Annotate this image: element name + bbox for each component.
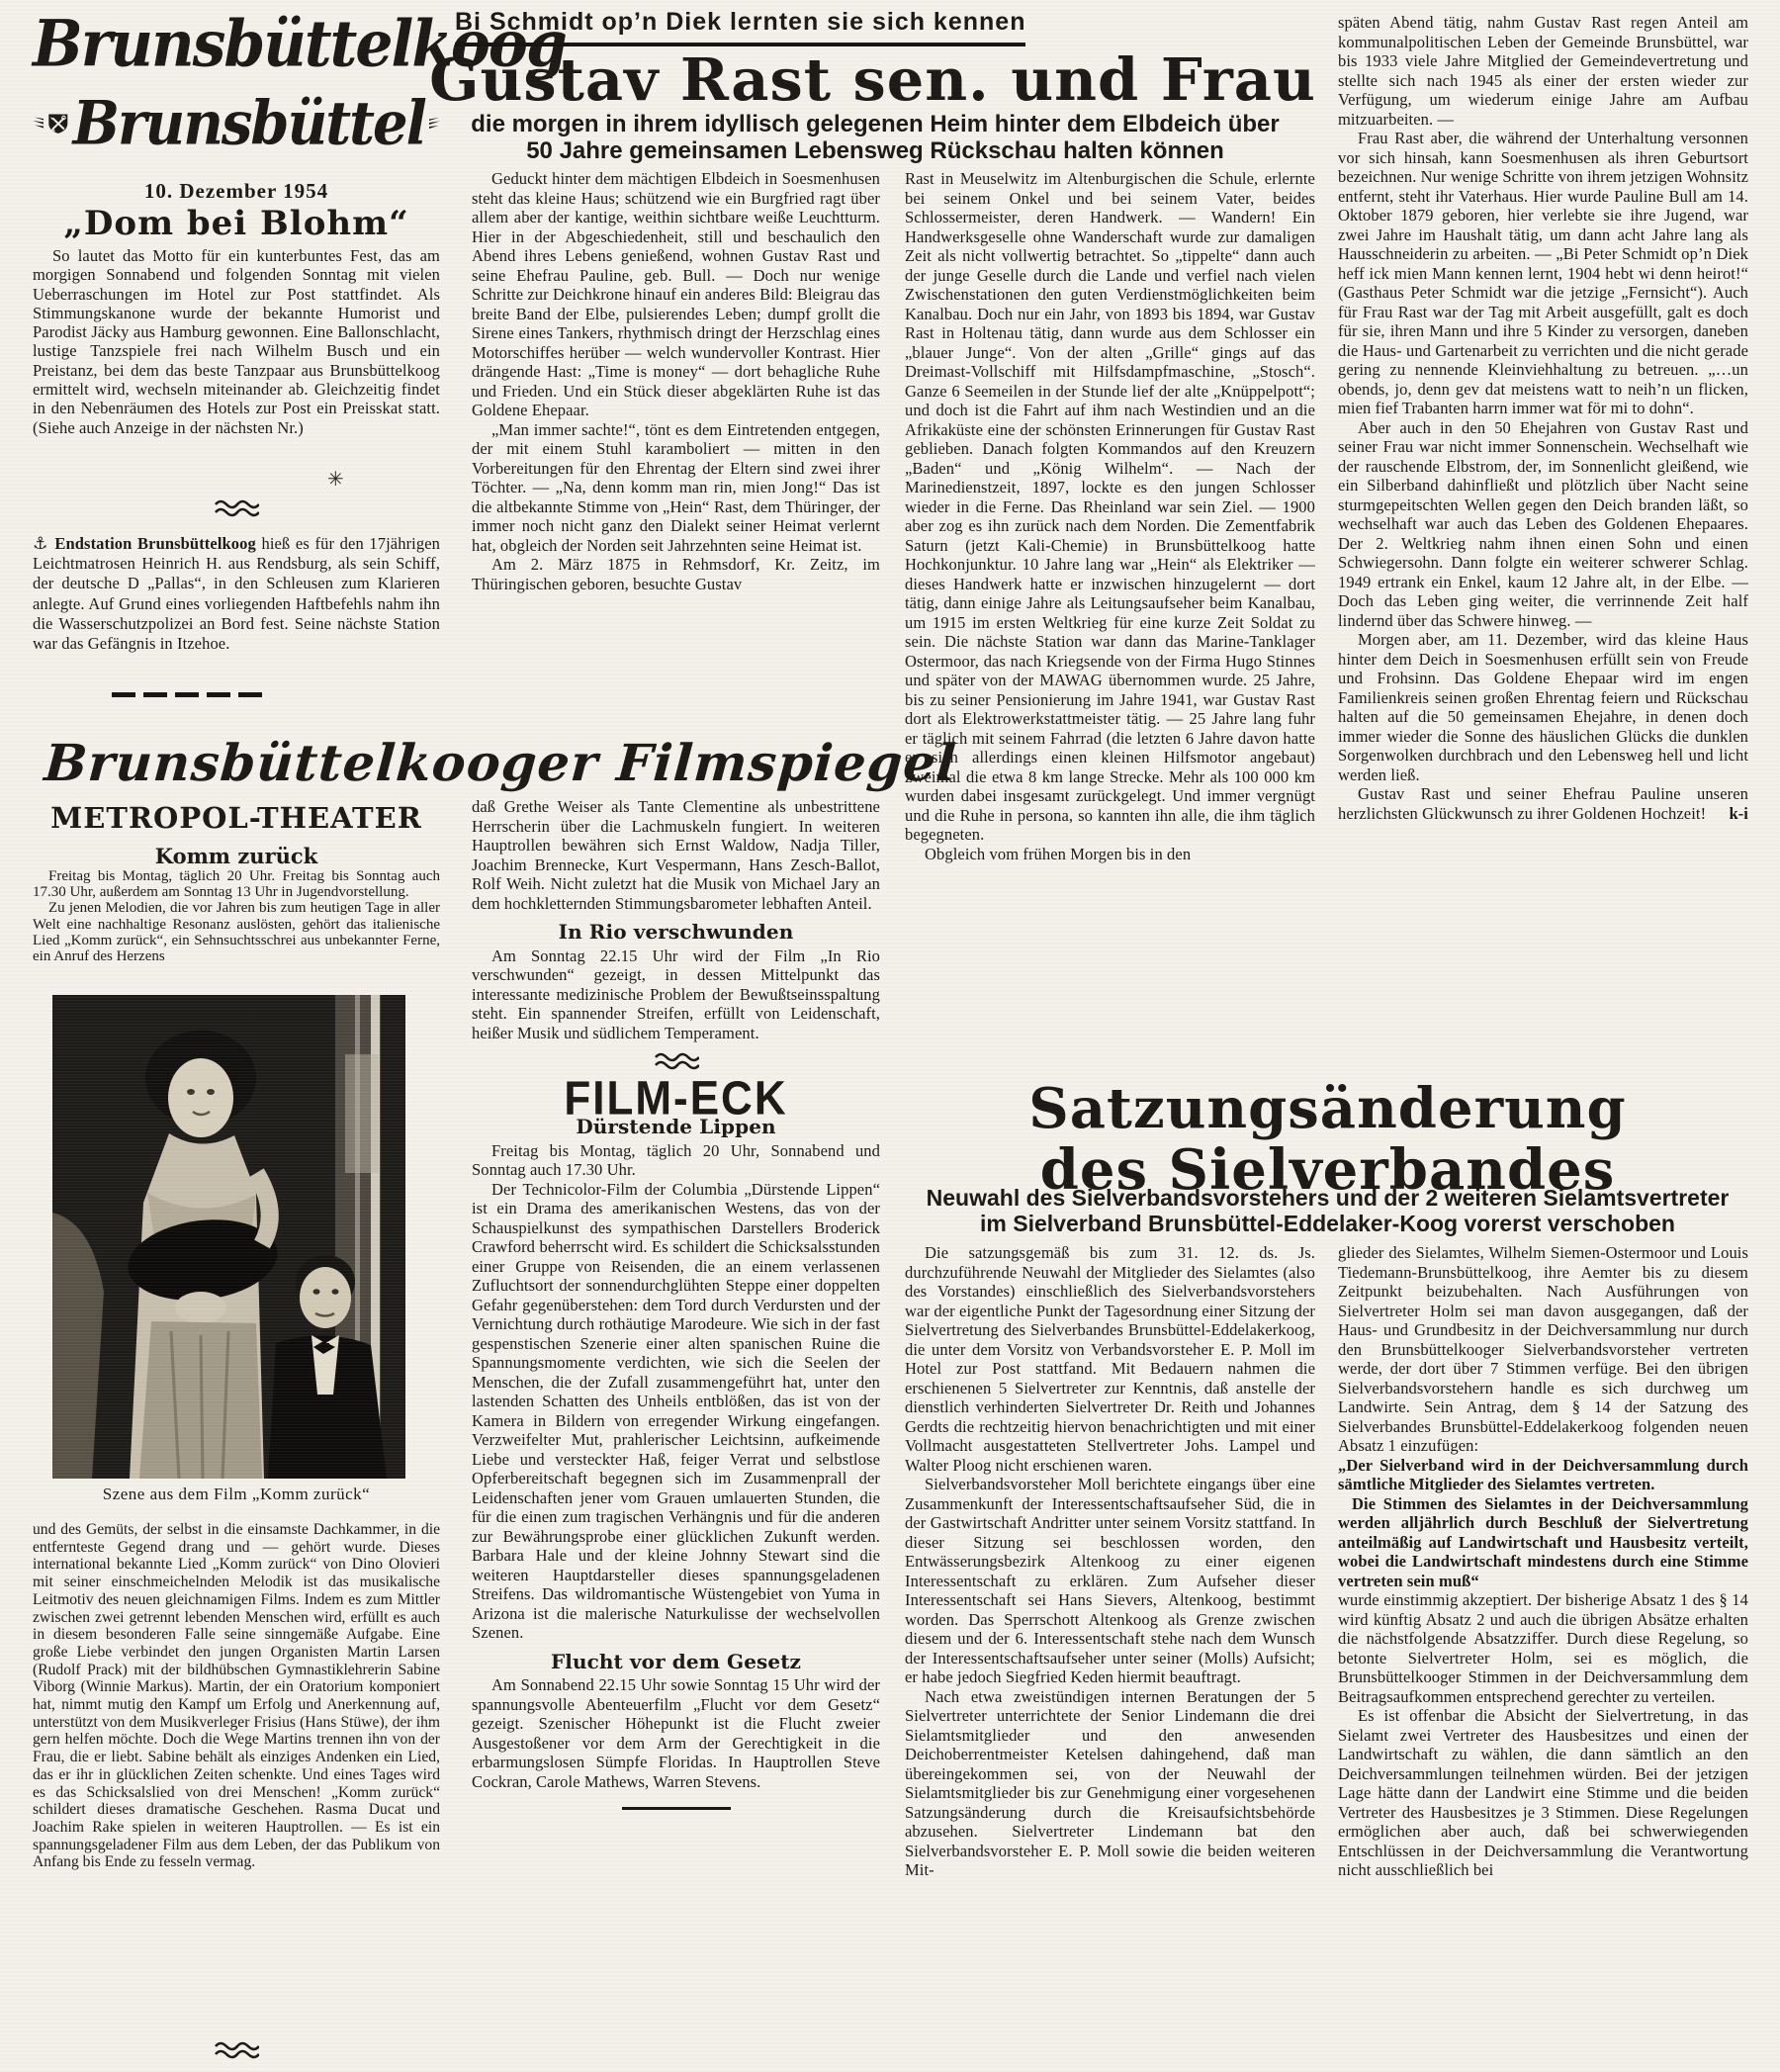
satzung-headline-line1: Satzungsänderung [895, 1078, 1760, 1139]
satzung-subhead-line1: Neuwahl des Sielverbandsvorstehers und d… [895, 1185, 1760, 1211]
cast-continuation: daß Grethe Weiser als Tante Clementine a… [472, 797, 880, 913]
paragraph: Obgleich vom frühen Morgen bis in den [905, 845, 1315, 864]
film-still-photo [52, 995, 405, 1479]
column-b: Rast in Meuselwitz im Altenburgischen di… [905, 0, 1315, 2072]
closing-text: Gustav Rast und seiner Ehefrau Pauline u… [1338, 784, 1748, 823]
end-rule [622, 1807, 731, 1810]
masthead-title-line1: Brunsbüttelkoog [33, 7, 440, 82]
newspaper-page: Brunsbüttelkoog Brunsbüttel [0, 0, 1780, 2072]
paragraph: Am 2. März 1875 in Rehmsdorf, Kr. Zeitz,… [472, 555, 880, 593]
satzung-col-c: glieder des Sielamtes, Wilhelm Siemen-Os… [1338, 1243, 1748, 2064]
paragraph: Zu jenen Melodien, die vor Jahren bis zu… [33, 900, 440, 964]
flucht-body: Am Sonnabend 22.15 Uhr sowie Sonntag 15 … [472, 1675, 880, 1791]
satzung-col-b: Die satzungsgemäß bis zum 31. 12. ds. Js… [905, 1243, 1315, 2064]
gustav-col-c-paragraphs: späten Abend tätig, nahm Gustav Rast reg… [1338, 13, 1748, 784]
metropol-theater-heading: METROPOL-THEATER [33, 801, 440, 835]
squiggle-divider-icon [654, 1052, 699, 1070]
masthead-title-line2: Brunsbüttel [73, 88, 425, 158]
paragraph: „Man immer sachte!“, tönt es dem Eintret… [472, 420, 880, 556]
paragraph: wurde einstimmig akzeptiert. Der bisheri… [1338, 1590, 1748, 1706]
paragraph: Die Stimmen des Sielamtes in der Deichve… [1338, 1494, 1748, 1591]
paragraph: Die satzungsgemäß bis zum 31. 12. ds. Js… [905, 1243, 1315, 1475]
gustav-col-c: späten Abend tätig, nahm Gustav Rast reg… [1338, 13, 1748, 1053]
rio-body: Am Sonntag 22.15 Uhr wird der Film „In R… [472, 946, 880, 1043]
rio-subhead: In Rio verschwunden [472, 923, 880, 943]
gustav-closing: Gustav Rast und seiner Ehefrau Pauline u… [1338, 784, 1748, 823]
filmspiegel-right-column: daß Grethe Weiser als Tante Clementine a… [472, 797, 880, 1810]
satzung-subhead-line2: im Sielverband Brunsbüttel-Eddelaker-Koo… [895, 1211, 1760, 1236]
column-a: Geduckt hinter dem mächtigen Elbdeich in… [472, 0, 880, 2072]
paragraph: Freitag bis Montag, täglich 20 Uhr. Frei… [33, 868, 440, 900]
paragraph: Nach etwa zweistündigen internen Beratun… [905, 1687, 1315, 1880]
paragraph: ⚓ Endstation Brunsbüttelkoog hieß es für… [33, 534, 440, 654]
dateline: 10. Dezember 1954 [33, 179, 440, 204]
dash-divider [112, 692, 270, 697]
satzung-col-c-intro: glieder des Sielamtes, Wilhelm Siemen-Os… [1338, 1243, 1748, 1456]
paragraph: Morgen aber, am 11. Dezember, wird das k… [1338, 630, 1748, 784]
paragraph: Es ist offenbar die Absicht der Sielvert… [1338, 1706, 1748, 1880]
duerstende-body: Der Technicolor-Film der Columbia „Dürst… [472, 1180, 880, 1643]
dom-bei-blohm-headline: „Dom bei Blohm“ [33, 204, 440, 243]
masthead-row2: Brunsbüttel [33, 81, 440, 166]
gustav-col-b: Rast in Meuselwitz im Altenburgischen di… [905, 169, 1315, 1057]
filmspiegel-header: Brunsbüttelkooger Filmspiegel [43, 734, 838, 793]
paragraph: Rast in Meuselwitz im Altenburgischen di… [905, 169, 1315, 845]
paragraph: Geduckt hinter dem mächtigen Elbdeich in… [472, 169, 880, 420]
film-still-image [52, 995, 405, 1479]
column-c: späten Abend tätig, nahm Gustav Rast reg… [1338, 0, 1748, 2072]
komm-zurueck-title: Komm zurück [33, 844, 440, 868]
satzung-subhead: Neuwahl des Sielverbandsvorstehers und d… [895, 1185, 1760, 1236]
author-signature: k-i [1709, 804, 1748, 824]
ship-ornament-icon: ⚓ [33, 534, 49, 554]
squiggle-divider-icon [214, 499, 259, 517]
satzung-col-c-after: wurde einstimmig akzeptiert. Der bisheri… [1338, 1590, 1748, 1880]
masthead-crest-shield-icon [47, 81, 69, 166]
satzung-quote-block: „Der Sielverband wird in der Deichversam… [1338, 1456, 1748, 1591]
masthead: Brunsbüttelkoog Brunsbüttel [33, 10, 440, 166]
endstation-article: ⚓ Endstation Brunsbüttelkoog hieß es für… [33, 534, 440, 698]
filmeck-heading: FILM-ECK [472, 1088, 880, 1109]
paragraph: späten Abend tätig, nahm Gustav Rast reg… [1338, 13, 1748, 129]
satzung-headline: Satzungsänderung des Sielverbandes [895, 1078, 1760, 1201]
duerstende-showtimes: Freitag bis Montag, täglich 20 Uhr, Sonn… [472, 1141, 880, 1180]
paragraph: Frau Rast aber, die während der Unterhal… [1338, 129, 1748, 418]
paragraph: So lautet das Motto für ein kunterbuntes… [33, 246, 440, 437]
left-column: Brunsbüttelkoog Brunsbüttel [33, 0, 440, 2072]
star-ornament-icon: ✳ [327, 467, 344, 491]
paragraph: „Der Sielverband wird in der Deichversam… [1338, 1456, 1748, 1494]
paragraph: Sielverbandsvorsteher Moll berichtete ei… [905, 1475, 1315, 1687]
dom-bei-blohm-body: So lautet das Motto für ein kunterbuntes… [33, 246, 440, 497]
gustav-col-a: Geduckt hinter dem mächtigen Elbdeich in… [472, 169, 880, 711]
photo-caption: Szene aus dem Film „Komm zurück“ [33, 1485, 440, 1504]
flucht-subhead: Flucht vor dem Gesetz [472, 1653, 880, 1672]
speed-lines-left-icon [33, 96, 44, 151]
metropol-showtimes-and-intro: Freitag bis Montag, täglich 20 Uhr. Frei… [33, 868, 440, 995]
paragraph: und des Gemüts, der selbst in die einsam… [33, 1521, 440, 1871]
endstation-lead: Endstation Brunsbüttelkoog [54, 534, 255, 553]
squiggle-divider-icon [214, 2041, 259, 2059]
komm-zurueck-review: und des Gemüts, der selbst in die einsam… [33, 1521, 440, 2037]
paragraph: Aber auch in den 50 Ehejahren von Gustav… [1338, 418, 1748, 631]
